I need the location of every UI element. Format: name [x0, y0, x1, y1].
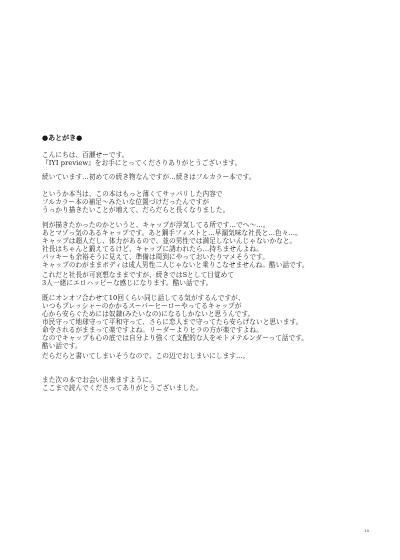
text-line: フルカラー本の補足～みたいな位置づけだったんですが: [42, 198, 372, 206]
page-number: 18: [364, 528, 369, 533]
paragraph-background: というか本当は、この本はもっと薄くてサッパリした内容で フルカラー本の補足～みた…: [42, 190, 372, 214]
text-line: 何が描きたかったのかというと、キャップが浮気してる所です…でへ～…。: [42, 221, 372, 229]
text-line: キャップは超人だし、体力があるので、並の男性では満足しないんじゃないかなと。: [42, 237, 372, 245]
paragraph-content: 何が描きたかったのかというと、キャップが浮気してる所です…でへ～…。 あとマゾっ…: [42, 221, 372, 269]
paragraph-greeting: こんにちは、百瀬せーです。 『IYI preview』をお手にとってくださりあり…: [42, 151, 372, 167]
text-line: パッキーも余裕そうに見えて、準備は周到にやっておいたりマメそうです。: [42, 253, 372, 261]
text-line: あとマゾっ気のあるキャップです。あと鋼手フィストと…早漏気味な社長と…色々…。: [42, 229, 372, 237]
text-line: 既にオンオフ合わせて10回くらい同じ話してる気がするんですが、: [42, 294, 372, 302]
text-line: これだと社長が可哀想なままですが、続きではSとして目覚めて: [42, 271, 372, 279]
paragraph-thanks: また次の本でお会い出来ますように。 ここまで読んでくださってありがとうございまし…: [42, 376, 372, 392]
text-line: キャップのわがままボディは成人男性二人じゃないと乗りこなせませんね。酷い話です。: [42, 261, 372, 269]
text-line: 『IYI preview』をお手にとってくださりありがとうございます。: [42, 159, 372, 167]
text-line: というか本当は、この本はもっと薄くてサッパリした内容で: [42, 190, 372, 198]
text-line: うっかり描きたいことが増えて、だらだらと長くなりました。: [42, 206, 372, 214]
paragraph-sequel: これだと社長が可哀想なままですが、続きではSとして目覚めて 3人一緒にエロハッピ…: [42, 271, 372, 287]
paragraph-theme: 既にオンオフ合わせて10回くらい同じ話してる気がするんですが、 いつもプレッシャ…: [42, 294, 372, 350]
text-line: いつもプレッシャーのかかるスーパーヒーローやってるキャップが: [42, 302, 372, 310]
afterword-heading: ●あとがき●: [42, 133, 82, 143]
text-line: 市民守って地球守って平和守って、さらに恋人まで守ってたら安らげないと思います。: [42, 318, 372, 326]
text-line: こんにちは、百瀬せーです。: [42, 151, 372, 159]
paragraph-continuation: 続いています…初めての続き物なんですが…続きはフルカラー本です。: [42, 173, 372, 181]
text-line: 酷い話です。: [42, 342, 372, 350]
text-line: 心から安らぐためには奴隷(みたいなの)になるしかないと思うんです。: [42, 310, 372, 318]
text-line: 社長はちゃんと鍛えてるけど、キャップに誘われたら…持ちませんよね。: [42, 245, 372, 253]
text-line: ここまで読んでくださってありがとうございました。: [42, 384, 372, 392]
text-line: また次の本でお会い出来ますように。: [42, 376, 372, 384]
text-line: だらだらと書いてしまいそうなので、この辺でおしまいにします…。: [42, 352, 372, 360]
text-line: なのでキャップも心の底では自分より強くて支配的な人をモトメテルンダーって話です。: [42, 334, 372, 342]
text-line: 命令されるがままって楽ですよね。リーダーよりヒラの方が楽ですよね。: [42, 326, 372, 334]
text-line: 続いています…初めての続き物なんですが…続きはフルカラー本です。: [42, 173, 372, 181]
text-line: 3人一緒にエロハッピーな感じになります。酷い話です。: [42, 279, 372, 287]
paragraph-closing: だらだらと書いてしまいそうなので、この辺でおしまいにします…。: [42, 352, 372, 360]
afterword-page: ●あとがき● こんにちは、百瀬せーです。 『IYI preview』をお手にとっ…: [0, 0, 400, 560]
